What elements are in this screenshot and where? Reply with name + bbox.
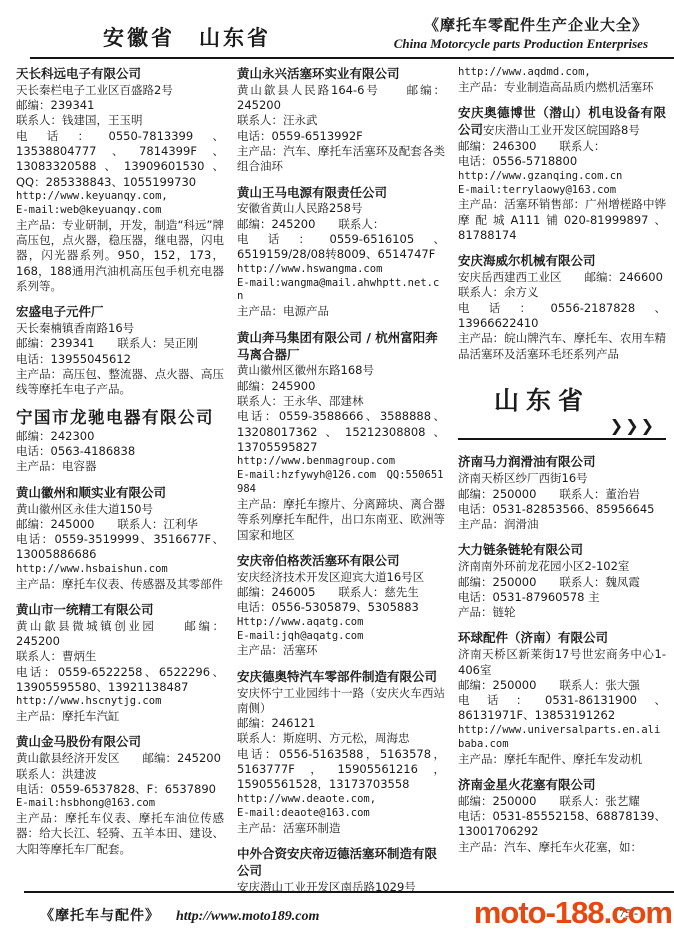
company-detail-line: 济南南外环前龙花园小区2-102室 <box>458 559 666 574</box>
company-name: 中外合资安庆帝迈德活塞环制造有限公司 <box>237 846 445 880</box>
company-detail-line: 电话：0559-3519999、3516677F、13005886686 <box>16 532 224 563</box>
company-detail-line: 主产品：高压包、整流器、点火器、高压线等摩托车电子产品。 <box>16 367 224 398</box>
company-name: 天长科远电子有限公司 <box>16 66 224 83</box>
company-detail-line: 电话：0556-5305879、5305883 <box>237 600 445 615</box>
company-detail-line: http://www.hswangma.com <box>237 263 445 277</box>
company-detail-line: 邮编：239341 <box>16 98 224 113</box>
company-detail-line: 主产品：摩托车汽缸 <box>16 709 224 724</box>
company-detail-line: 邮编：246300 联系人： <box>458 139 666 154</box>
column-right: http://www.aqdmd.com,主产品：专业制造高品质内燃机活塞环安庆… <box>458 66 666 891</box>
company-detail-line: 邮编：246121 <box>237 716 445 731</box>
company-entry: 黄山市一统精工有限公司黄山歙县微城镇创业园 邮编：245200联系人：曹炳生电话… <box>16 602 224 725</box>
company-detail-line: 主产品：专业制造高品质内燃机活塞环 <box>458 80 666 95</box>
company-detail-line: 黄山歙县人民路164-6号 邮编：245200 <box>237 83 445 114</box>
company-detail-line: 联系人：洪建波 <box>16 767 224 782</box>
company-detail-line: 邮编：250000 联系人：魏凤霞 <box>458 575 666 590</box>
company-address: 安庆潜山工业开发区皖国路8号 <box>483 123 640 137</box>
company-detail-line: 天长秦楠镇香南路16号 <box>16 321 224 336</box>
section-divider <box>458 438 666 441</box>
company-entry: 黄山奔马集团有限公司 / 杭州富阳奔马离合器厂黄山徽州区徽州东路168号邮编：2… <box>237 330 445 543</box>
company-detail-line: http://www.benmagroup.com <box>237 455 445 469</box>
company-detail-line: 主产品：汽车、摩托车火花塞，如： <box>458 840 666 855</box>
company-detail-line: E-mail:hsbhong@163.com <box>16 797 224 811</box>
company-detail-line: 电话：0531-86131900、86131971F、13853191262 <box>458 693 666 724</box>
company-detail-line: 主产品：活塞环制造 <box>237 821 445 836</box>
company-name: 宁国市龙驰电器有限公司 <box>16 407 224 428</box>
footer: 《摩托车与配件》http://www.moto189.com <box>40 905 319 925</box>
book-title-english: China Motorcycle parts Production Enterp… <box>394 36 648 52</box>
company-name: 济南马力润滑油有限公司 <box>458 454 666 471</box>
company-entry: 黄山徽州和顺实业有限公司黄山徽州区永佳大道150号邮编：245000 联系人：江… <box>16 485 224 592</box>
company-detail-line: E-mail:wangma@mail.ahwhptt.net.cn <box>237 277 445 305</box>
company-detail-line: 电话：0531-82853566、85956645 <box>458 502 666 517</box>
company-entry: 安庆德奥特汽车零部件制造有限公司安庆怀宁工业园纬十一路（安庆火车西站南侧）邮编：… <box>237 669 445 836</box>
company-name: 济南金星火花塞有限公司 <box>458 777 666 794</box>
company-detail-line: E-mail:hzfywyh@126.com QQ:550651984 <box>237 469 445 497</box>
company-detail-line: 主产品：电容器 <box>16 459 224 474</box>
magazine-url: http://www.moto189.com <box>176 909 319 924</box>
company-name: 黄山奔马集团有限公司 / 杭州富阳奔马离合器厂 <box>237 330 445 364</box>
column-left: 天长科远电子有限公司天长秦栏电子工业区百盛路2号邮编：239341联系人：钱建国… <box>16 66 224 891</box>
province-section-title: 山东省 <box>494 386 666 416</box>
company-detail-line: http://www.gzanqing.com.cn <box>458 170 666 184</box>
company-detail-line: http://www.hscnytjg.com <box>16 695 224 709</box>
company-detail-line: 邮编：246005 联系人：慈先生 <box>237 585 445 600</box>
company-detail-line: 主产品：汽车、摩托车活塞环及配套各类组合油环 <box>237 144 445 175</box>
company-detail-line: 黄山歙县经济开发区 邮编：245200 <box>16 751 224 766</box>
watermark-logo: moto-188.com <box>474 895 672 931</box>
company-detail-line: 电话：0556-5718800 <box>458 154 666 169</box>
company-detail-line: 主产品：摩托车仪表、传感器及其零部件 <box>16 577 224 592</box>
company-detail-line: E-mail:jqh@aqatg.com <box>237 630 445 644</box>
company-detail-line: 邮编：245900 <box>237 379 445 394</box>
province-section: 山东省❯❯❯ <box>458 386 666 441</box>
company-name: 黄山金马股份有限公司 <box>16 734 224 751</box>
company-detail-line: 邮编：245200 联系人： <box>237 217 445 232</box>
company-detail-line: 电话：13955045612 <box>16 352 224 367</box>
company-detail-line: http://www.deaote.com, <box>237 793 445 807</box>
company-name: 黄山永兴活塞环实业有限公司 <box>237 66 445 83</box>
company-detail-line: E-mail:deaote@163.com <box>237 807 445 821</box>
company-detail-line: 主产品：活塞环 <box>237 643 445 658</box>
company-entry: 大力链条链轮有限公司济南南外环前龙花园小区2-102室邮编：250000 联系人… <box>458 542 666 620</box>
book-title-chinese: 《摩托车零配件生产企业大全》 <box>394 17 648 36</box>
company-detail-line: 邮编：250000 联系人：董治岩 <box>458 487 666 502</box>
company-entry: 安庆奥德博世（潜山）机电设备有限公司安庆潜山工业开发区皖国路8号邮编：24630… <box>458 105 666 243</box>
company-detail-line: E-mail:web@keyuanqy.com <box>16 204 224 218</box>
company-detail-line: 电话：0531-87960578 主 <box>458 590 666 605</box>
company-detail-line: 电话：0550-7813399、13538804777、7814399F、130… <box>16 129 224 190</box>
company-name: 安庆帝伯格茨活塞环有限公司 <box>237 553 445 570</box>
company-entry: 安庆帝伯格茨活塞环有限公司安庆经济技术开发区迎宾大道16号区邮编：246005 … <box>237 553 445 659</box>
company-entry: 济南马力润滑油有限公司济南天桥区纱厂西街16号邮编：250000 联系人：董治岩… <box>458 454 666 532</box>
magazine-title: 《摩托车与配件》 <box>40 909 160 924</box>
page-title: 安徽省 山东省 <box>103 22 271 52</box>
company-detail-line: 联系人：斯庭明、方元松，周海忠 <box>237 731 445 746</box>
company-detail-line: 安庆怀宁工业园纬十一路（安庆火车西站南侧） <box>237 686 445 717</box>
company-name: 黄山市一统精工有限公司 <box>16 602 224 619</box>
directory-page: 安徽省 山东省 《摩托车零配件生产企业大全》 China Motorcycle … <box>0 0 674 935</box>
company-detail-line: 安徽省黄山人民路258号 <box>237 201 445 216</box>
company-name: 宏盛电子元件厂 <box>16 304 224 321</box>
header-divider <box>30 57 674 59</box>
company-detail-line: 电话：0559-3588666、3588888、13208017362、1521… <box>237 409 445 455</box>
company-detail-line: 邮编：242300 <box>16 429 224 444</box>
company-detail-line: 邮编：250000 联系人：张艺耀 <box>458 794 666 809</box>
company-detail-line: Http://www.aqatg.com <box>237 616 445 630</box>
company-entry: 黄山永兴活塞环实业有限公司黄山歙县人民路164-6号 邮编：245200联系人：… <box>237 66 445 175</box>
company-detail-line: 主产品：电源产品 <box>237 304 445 319</box>
company-detail-line: 主产品：专业研制，开发，制造“科远”牌高压包，点火器，稳压器，继电器，闪电器，闪… <box>16 218 224 294</box>
company-detail-line: 黄山徽州区永佳大道150号 <box>16 502 224 517</box>
company-detail-line: 电话：0559-6516105、6519159/28/08转8009、65147… <box>237 232 445 263</box>
company-detail-line: 联系人：王永华、邵建林 <box>237 394 445 409</box>
company-detail-line: 联系人：曹炳生 <box>16 649 224 664</box>
column-middle: 黄山永兴活塞环实业有限公司黄山歙县人民路164-6号 邮编：245200联系人：… <box>237 66 445 891</box>
company-entry: 安庆海威尔机械有限公司安庆岳西建西工业区 邮编：246600联系人：余方义电话：… <box>458 253 666 362</box>
company-name-line: 安庆奥德博世（潜山）机电设备有限公司安庆潜山工业开发区皖国路8号 <box>458 105 666 139</box>
company-detail-line: 电话：0559-6522258、6522296、13905595580、1392… <box>16 665 224 696</box>
company-detail-line: 济南天桥区纱厂西街16号 <box>458 471 666 486</box>
company-entry: 中外合资安庆帝迈德活塞环制造有限公司安庆潜山工业开发区南岳路1029号邮编：24… <box>237 846 445 891</box>
company-detail-line: http://www.universalparts.en.alibaba.com <box>458 724 666 752</box>
company-detail-line: 邮编：250000 联系人：张大强 <box>458 678 666 693</box>
company-detail-line: 黄山歙县微城镇创业园 邮编：245200 <box>16 619 224 650</box>
company-detail-line: http://www.aqdmd.com, <box>458 66 666 80</box>
company-detail-line: 电话：0556-2187828、13966622410 <box>458 301 666 332</box>
company-name: 大力链条链轮有限公司 <box>458 542 666 559</box>
company-entry: 黄山金马股份有限公司黄山歙县经济开发区 邮编：245200联系人：洪建波电话：0… <box>16 734 224 857</box>
company-detail-line: 济南天桥区新莱街17号世宏商务中心1-406室 <box>458 647 666 678</box>
company-name: 安庆德奥特汽车零部件制造有限公司 <box>237 669 445 686</box>
company-detail-line: 邮编：245000 联系人：江利华 <box>16 517 224 532</box>
company-detail-line: 电话：0559-6513992F <box>237 129 445 144</box>
company-entry: 黄山王马电源有限责任公司安徽省黄山人民路258号邮编：245200 联系人：电话… <box>237 185 445 320</box>
company-detail-line: 电话：0559-6537828、F：6537890 <box>16 782 224 797</box>
company-detail-line: 主产品：皖山牌汽车、摩托车、农用车精品活塞环及活塞环毛坯系列产品 <box>458 331 666 362</box>
company-name: 黄山徽州和顺实业有限公司 <box>16 485 224 502</box>
company-entry: 济南金星火花塞有限公司邮编：250000 联系人：张艺耀电话：0531-8555… <box>458 777 666 855</box>
company-detail-line: http://www.keyuanqy.com, <box>16 190 224 204</box>
company-entry: 宏盛电子元件厂天长秦楠镇香南路16号邮编：239341 联系人：吴正刚电话：13… <box>16 304 224 397</box>
company-detail-line: 安庆潜山工业开发区南岳路1029号 <box>237 880 445 891</box>
company-detail-line: 联系人：钱建国，王玉明 <box>16 113 224 128</box>
company-entry: 环球配件（济南）有限公司济南天桥区新莱街17号世宏商务中心1-406室邮编：25… <box>458 630 666 766</box>
company-name: 黄山王马电源有限责任公司 <box>237 185 445 202</box>
company-detail-line: 主产品：活塞环销售部：广州增槎路中铧摩配城A111铺020-81999897、8… <box>458 197 666 243</box>
company-detail-line: 联系人：余方义 <box>458 285 666 300</box>
company-detail-line: 产品：链轮 <box>458 605 666 620</box>
listing-columns: 天长科远电子有限公司天长秦栏电子工业区百盛路2号邮编：239341联系人：钱建国… <box>16 66 666 891</box>
company-detail-line: 主产品：润滑油 <box>458 517 666 532</box>
company-detail-line: 主产品：摩托车配件、摩托车发动机 <box>458 752 666 767</box>
chevrons-icon: ❯❯❯ <box>458 418 656 434</box>
company-detail-line: 邮编：239341 联系人：吴正刚 <box>16 336 224 351</box>
company-detail-line: 主产品：摩托车擦片、分离蹄块、离合器等系列摩托车配件，出口东南亚、欧洲等国家和地… <box>237 497 445 543</box>
book-title: 《摩托车零配件生产企业大全》 China Motorcycle parts Pr… <box>394 17 648 52</box>
company-name: 安庆海威尔机械有限公司 <box>458 253 666 270</box>
footer-divider <box>24 891 674 893</box>
company-detail-line: 主产品：摩托车仪表、摩托车油位传感器：给大长江、轻骑、五羊本田、建设、大阳等摩托… <box>16 811 224 857</box>
company-entry: 天长科远电子有限公司天长秦栏电子工业区百盛路2号邮编：239341联系人：钱建国… <box>16 66 224 294</box>
company-detail-line: 电话：0563-4186838 <box>16 444 224 459</box>
company-detail-line: 天长秦栏电子工业区百盛路2号 <box>16 83 224 98</box>
company-detail-line: 安庆经济技术开发区迎宾大道16号区 <box>237 570 445 585</box>
company-detail-line: http://www.hsbaishun.com <box>16 563 224 577</box>
company-name: 环球配件（济南）有限公司 <box>458 630 666 647</box>
company-detail-line: 电话：0531-85552158、68878139、13001706292 <box>458 809 666 840</box>
company-detail-line: E-mail:terrylaowy@163.com <box>458 184 666 198</box>
company-detail-line: 联系人：汪永武 <box>237 113 445 128</box>
company-detail-line: 安庆岳西建西工业区 邮编：246600 <box>458 270 666 285</box>
company-entry: http://www.aqdmd.com,主产品：专业制造高品质内燃机活塞环 <box>458 66 666 95</box>
company-detail-line: 黄山徽州区徽州东路168号 <box>237 363 445 378</box>
company-detail-line: 电话：0556-5163588，5163578，5163777F，1590556… <box>237 747 445 793</box>
company-entry: 宁国市龙驰电器有限公司邮编：242300电话：0563-4186838主产品：电… <box>16 407 224 474</box>
